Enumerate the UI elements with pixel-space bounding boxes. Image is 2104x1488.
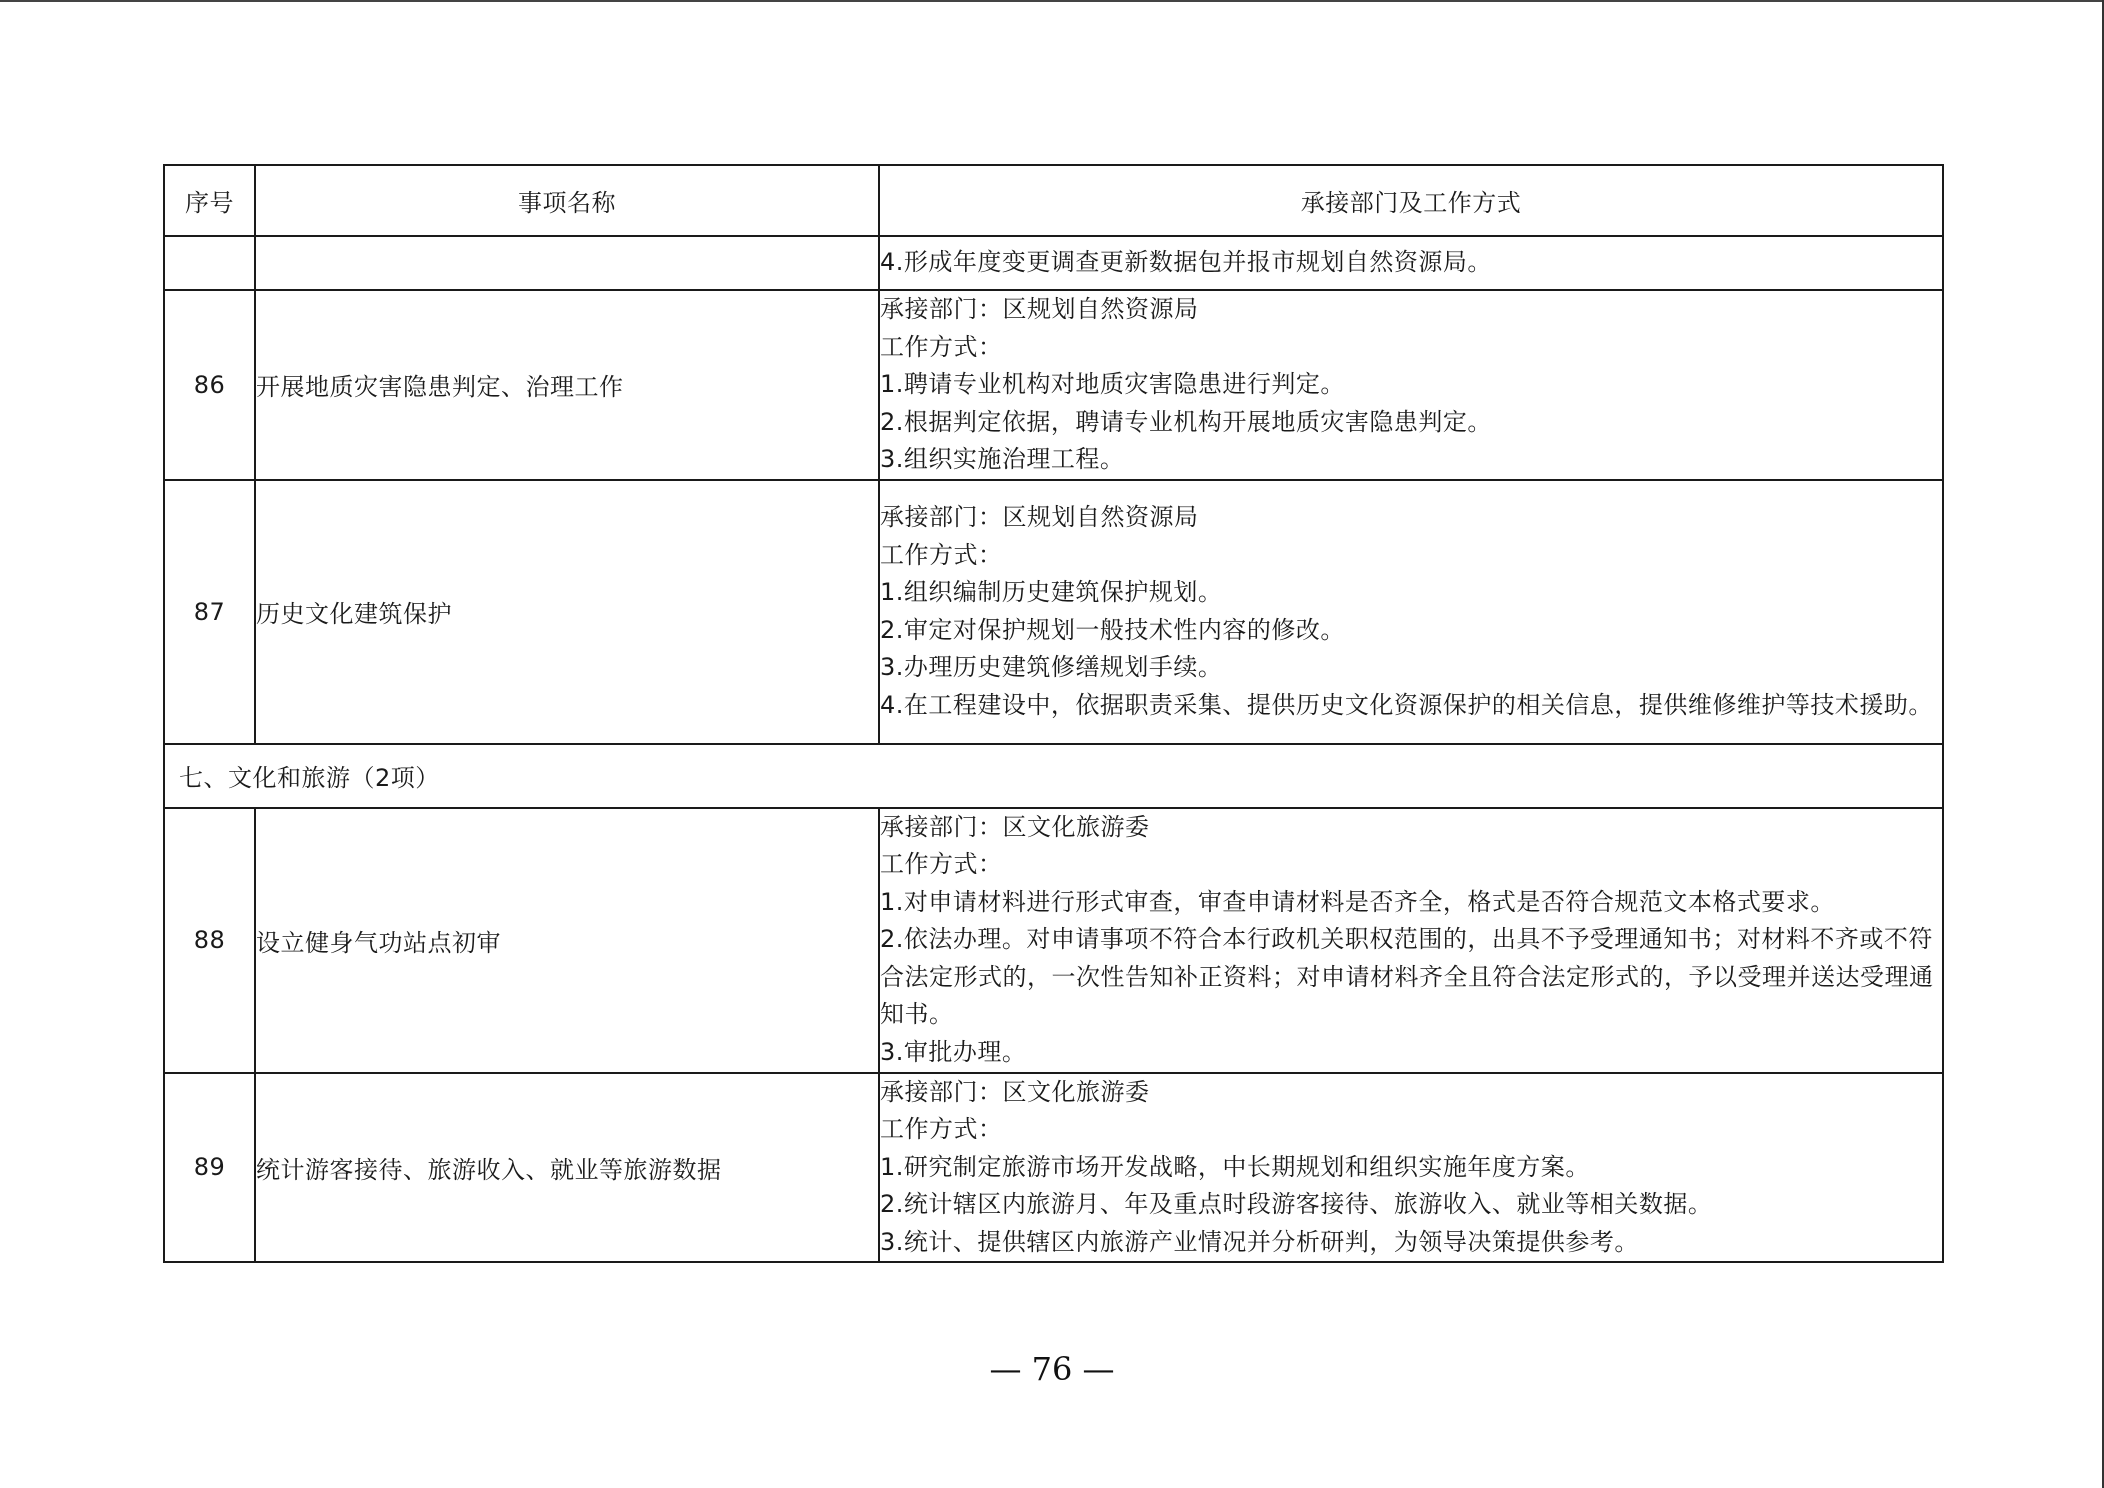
work-line: 2.审定对保护规划一般技术性内容的修改。 <box>880 612 1942 650</box>
table-row-continuation: 4.形成年度变更调查更新数据包并报市规划自然资源局。 <box>164 236 1943 290</box>
cell-work-method: 承接部门：区规划自然资源局 工作方式： 1.组织编制历史建筑保护规划。 2.审定… <box>879 480 1943 744</box>
table-row: 87 历史文化建筑保护 承接部门：区规划自然资源局 工作方式： 1.组织编制历史… <box>164 480 1943 744</box>
work-line: 工作方式： <box>880 537 1942 575</box>
cell-item-name: 统计游客接待、旅游收入、就业等旅游数据 <box>255 1073 879 1263</box>
work-line: 3.统计、提供辖区内旅游产业情况并分析研判，为领导决策提供参考。 <box>880 1224 1942 1262</box>
cell-item-name: 开展地质灾害隐患判定、治理工作 <box>255 290 879 480</box>
work-line: 承接部门：区规划自然资源局 <box>880 291 1942 329</box>
cell-item-name <box>255 236 879 290</box>
work-line: 工作方式： <box>880 1111 1942 1149</box>
matters-table: 序号 事项名称 承接部门及工作方式 4.形成年度变更调查更新数据包并报市规划自然… <box>163 164 1944 1263</box>
work-line: 4.形成年度变更调查更新数据包并报市规划自然资源局。 <box>880 244 1942 282</box>
cell-work-method: 承接部门：区规划自然资源局 工作方式： 1.聘请专业机构对地质灾害隐患进行判定。… <box>879 290 1943 480</box>
work-line: 2.统计辖区内旅游月、年及重点时段游客接待、旅游收入、就业等相关数据。 <box>880 1186 1942 1224</box>
cell-work-method: 4.形成年度变更调查更新数据包并报市规划自然资源局。 <box>879 236 1943 290</box>
work-line: 承接部门：区规划自然资源局 <box>880 499 1942 537</box>
cell-seq: 89 <box>164 1073 255 1263</box>
work-line: 3.审批办理。 <box>880 1034 1942 1072</box>
cell-seq: 87 <box>164 480 255 744</box>
cell-seq: 86 <box>164 290 255 480</box>
work-line: 工作方式： <box>880 329 1942 367</box>
header-dept-and-method: 承接部门及工作方式 <box>879 165 1943 236</box>
header-seq: 序号 <box>164 165 255 236</box>
work-line: 1.聘请专业机构对地质灾害隐患进行判定。 <box>880 366 1942 404</box>
section-title: 七、文化和旅游（2项） <box>164 744 1943 808</box>
page-number: — 76 — <box>0 1350 2104 1388</box>
work-line: 承接部门：区文化旅游委 <box>880 1074 1942 1112</box>
cell-seq <box>164 236 255 290</box>
work-line: 3.组织实施治理工程。 <box>880 441 1942 479</box>
cell-work-method: 承接部门：区文化旅游委 工作方式： 1.研究制定旅游市场开发战略，中长期规划和组… <box>879 1073 1943 1263</box>
page-edge-top <box>0 0 2104 2</box>
work-line: 2.根据判定依据，聘请专业机构开展地质灾害隐患判定。 <box>880 404 1942 442</box>
work-line: 工作方式： <box>880 846 1942 884</box>
cell-seq: 88 <box>164 808 255 1073</box>
work-line: 4.在工程建设中，依据职责采集、提供历史文化资源保护的相关信息，提供维修维护等技… <box>880 687 1942 725</box>
cell-item-name: 设立健身气功站点初审 <box>255 808 879 1073</box>
header-item-name: 事项名称 <box>255 165 879 236</box>
work-line: 3.办理历史建筑修缮规划手续。 <box>880 649 1942 687</box>
cell-work-method: 承接部门：区文化旅游委 工作方式： 1.对申请材料进行形式审查，审查申请材料是否… <box>879 808 1943 1073</box>
table-row: 89 统计游客接待、旅游收入、就业等旅游数据 承接部门：区文化旅游委 工作方式：… <box>164 1073 1943 1263</box>
work-line: 1.组织编制历史建筑保护规划。 <box>880 574 1942 612</box>
work-line: 1.对申请材料进行形式审查，审查申请材料是否齐全，格式是否符合规范文本格式要求。 <box>880 884 1942 922</box>
table-header-row: 序号 事项名称 承接部门及工作方式 <box>164 165 1943 236</box>
section-header-row: 七、文化和旅游（2项） <box>164 744 1943 808</box>
table-row: 88 设立健身气功站点初审 承接部门：区文化旅游委 工作方式： 1.对申请材料进… <box>164 808 1943 1073</box>
table-row: 86 开展地质灾害隐患判定、治理工作 承接部门：区规划自然资源局 工作方式： 1… <box>164 290 1943 480</box>
work-line: 2.依法办理。对申请事项不符合本行政机关职权范围的，出具不予受理通知书；对材料不… <box>880 921 1942 1034</box>
cell-item-name: 历史文化建筑保护 <box>255 480 879 744</box>
work-line: 承接部门：区文化旅游委 <box>880 809 1942 847</box>
work-line: 1.研究制定旅游市场开发战略，中长期规划和组织实施年度方案。 <box>880 1149 1942 1187</box>
